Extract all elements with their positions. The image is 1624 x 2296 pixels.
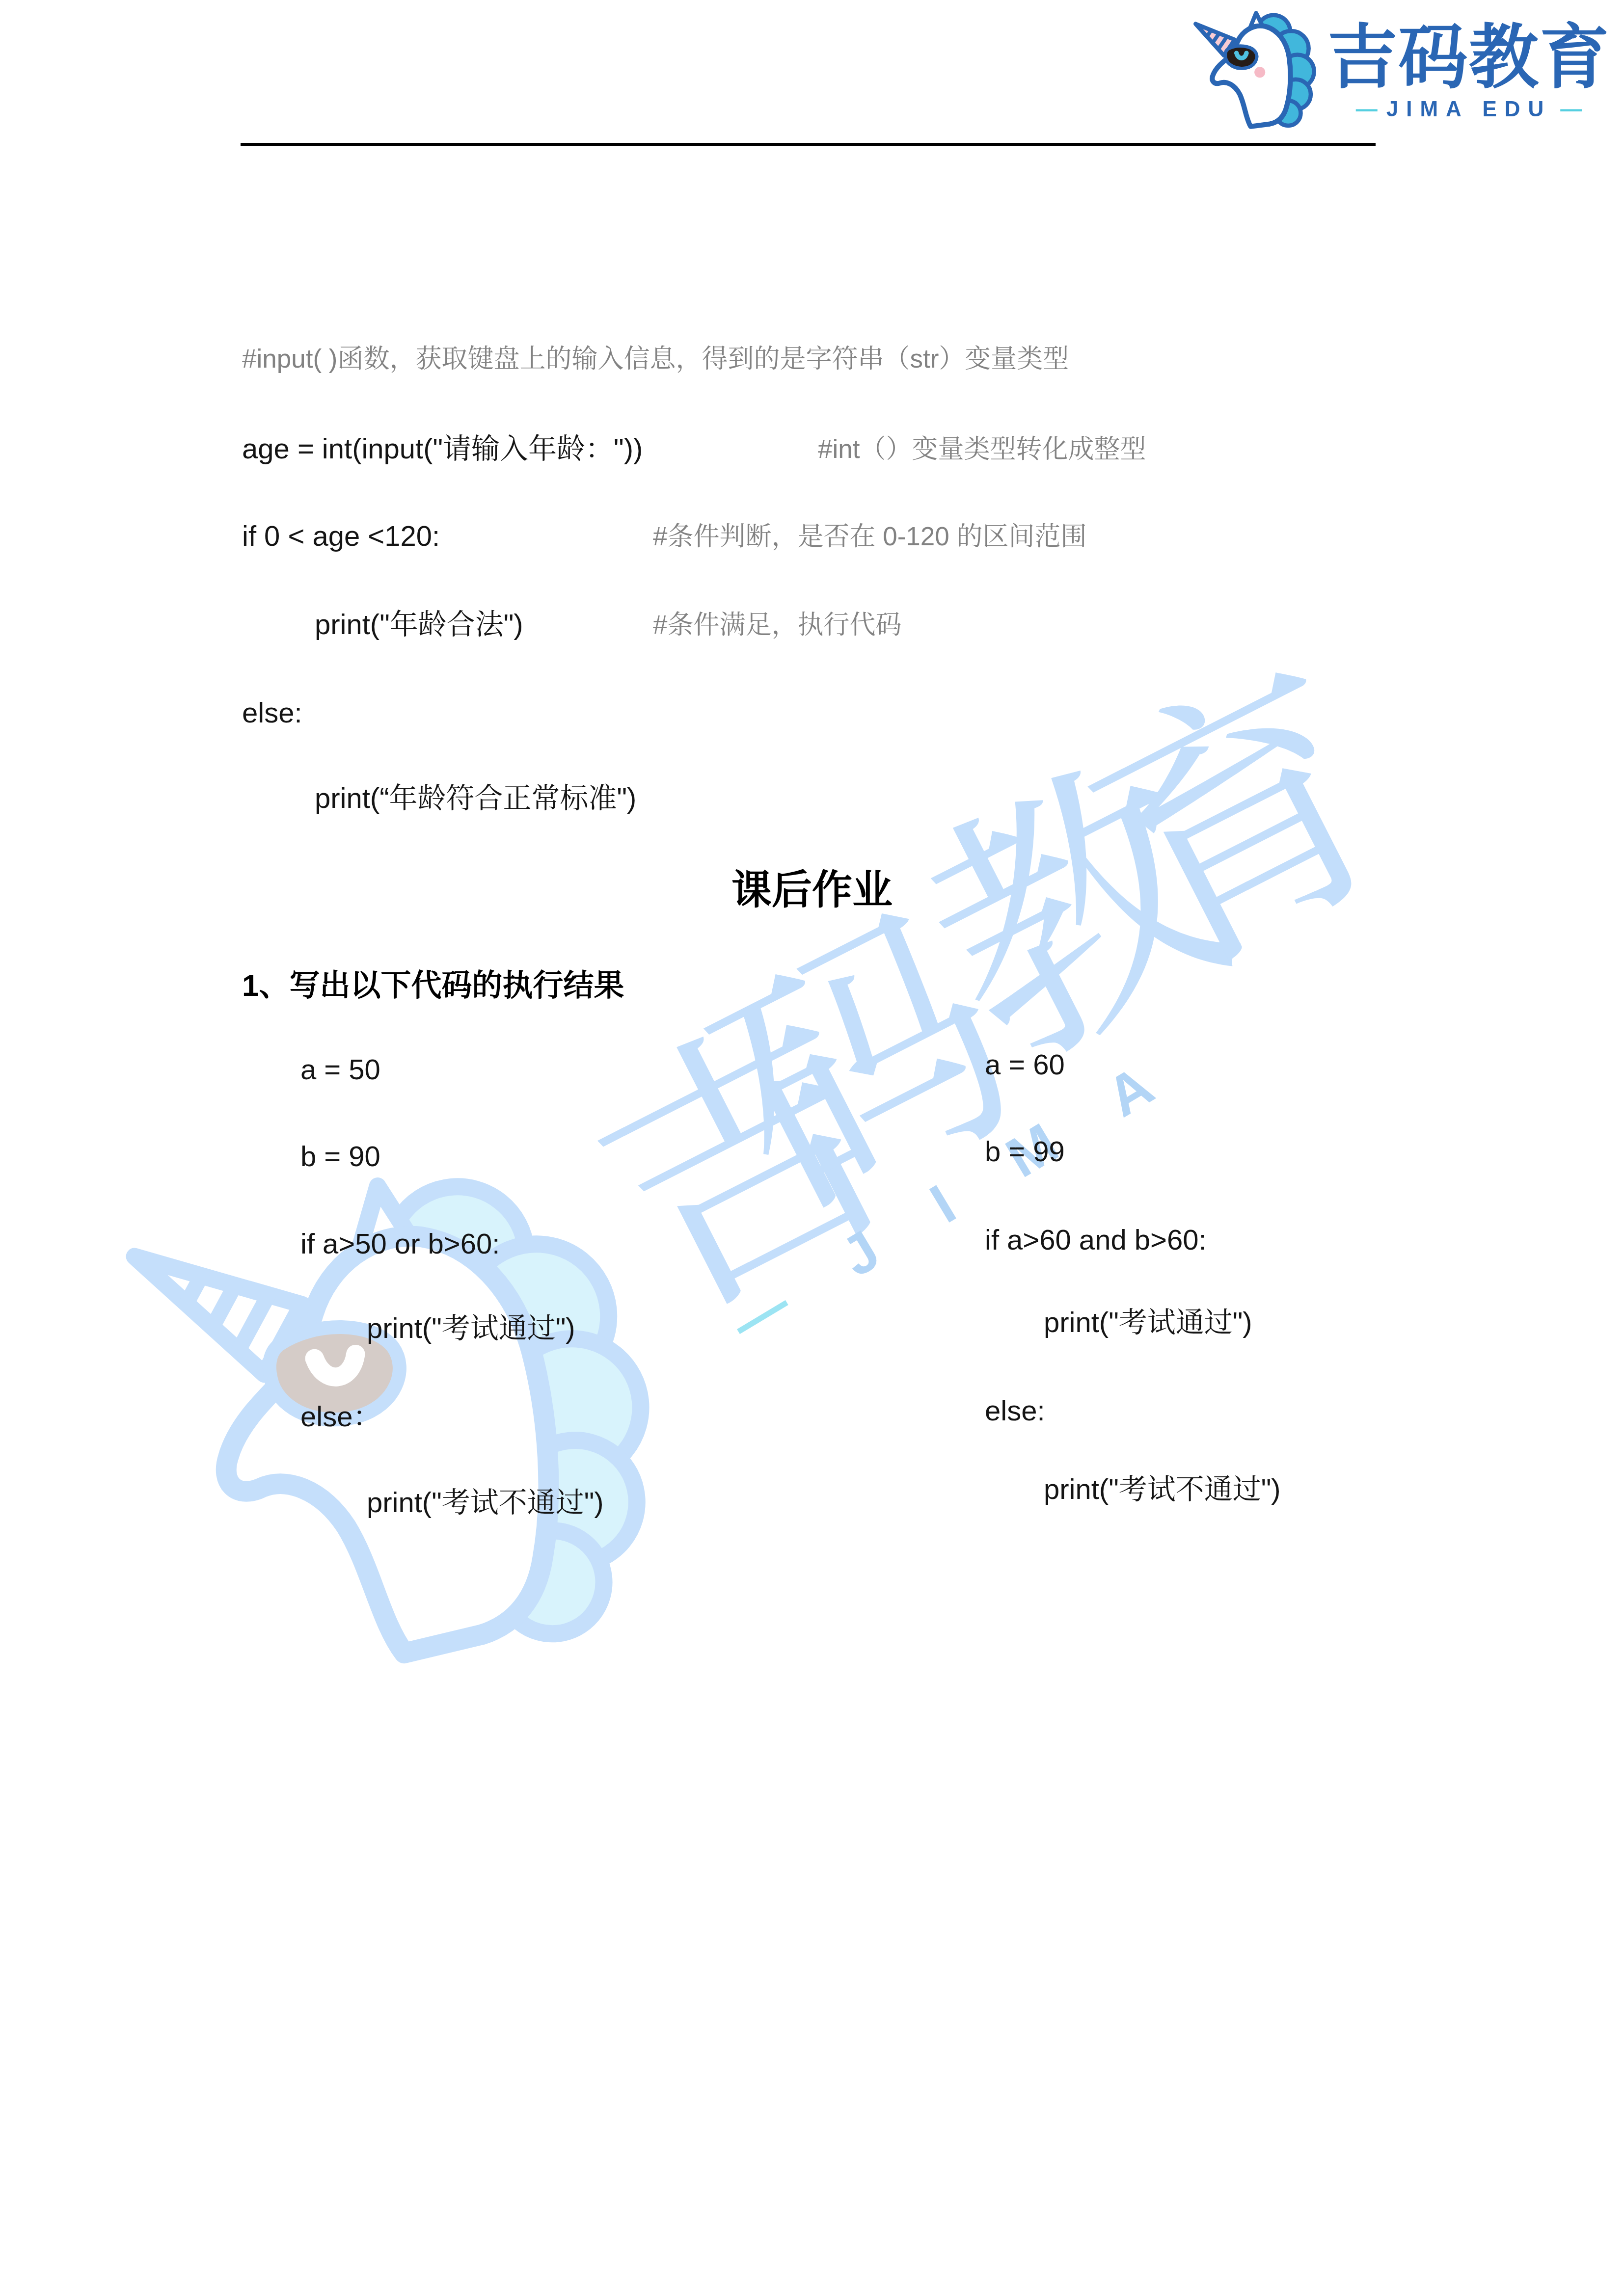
unicorn-logo-icon: [1188, 9, 1322, 134]
tagline-left-dash: —: [1356, 97, 1378, 122]
code-text: age = int(input("请输入年龄：")): [242, 433, 643, 465]
brand-tagline: — JIMA EDU —: [1356, 97, 1582, 122]
unicorn-watermark-icon: [97, 1141, 698, 1710]
comment-satisfied: #条件满足，执行代码: [653, 610, 901, 641]
logo-text-block: 吉码教育 — JIMA EDU —: [1327, 21, 1610, 122]
right-code-print-pass: print("考试通过"): [1044, 1306, 1252, 1340]
comment-line-input: #input( )函数，获取键盘上的输入信息，得到的是字符串（str）变量类型: [242, 344, 1069, 375]
code-text: if 0 < age <120:: [242, 520, 440, 552]
code-text: print("年龄合法"): [315, 609, 523, 641]
comment-int-cast: #int（）变量类型转化成整型: [818, 434, 1146, 465]
homework-title: 课后作业: [0, 858, 1624, 915]
tagline-right-dash: —: [1560, 97, 1582, 122]
brand-logo: 吉码教育 — JIMA EDU —: [1188, 9, 1610, 134]
left-code-print-fail: print("考试不通过"): [367, 1486, 604, 1520]
header-divider: [241, 143, 1376, 146]
code-line-else: else:: [242, 696, 302, 730]
right-code-if: if a>60 and b>60:: [985, 1223, 1207, 1257]
homework-item-1-label: 1、写出以下代码的执行结果: [242, 961, 624, 1005]
right-code-a: a = 60: [985, 1048, 1065, 1082]
right-code-else: else:: [985, 1394, 1045, 1428]
right-code-b: b = 99: [985, 1135, 1065, 1169]
left-code-if: if a>50 or b>60:: [300, 1227, 500, 1261]
comment-condition: #条件判断，是否在 0-120 的区间范围: [653, 521, 1086, 553]
worksheet-page: 吉 码 教 育 — J I M A 吉码教育 — JIMA EDU — #inp…: [0, 0, 1624, 2296]
code-line-print-legal: print("年龄合法") #条件满足，执行代码: [242, 608, 523, 642]
right-code-print-fail: print("考试不通过"): [1044, 1472, 1281, 1507]
code-line-print-normal: print(“年龄符合正常标准"): [242, 781, 636, 816]
brand-name: 吉码教育: [1327, 21, 1610, 94]
code-line-age-input: age = int(input("请输入年龄：")) #int（）变量类型转化成…: [242, 432, 643, 466]
left-code-print-pass: print("考试通过"): [367, 1311, 575, 1346]
left-code-else: else：: [300, 1400, 381, 1434]
code-line-if-age: if 0 < age <120: #条件判断，是否在 0-120 的区间范围: [242, 519, 440, 554]
left-code-b: b = 90: [300, 1140, 380, 1174]
left-code-a: a = 50: [300, 1053, 380, 1087]
tagline-text: JIMA EDU: [1386, 97, 1552, 122]
